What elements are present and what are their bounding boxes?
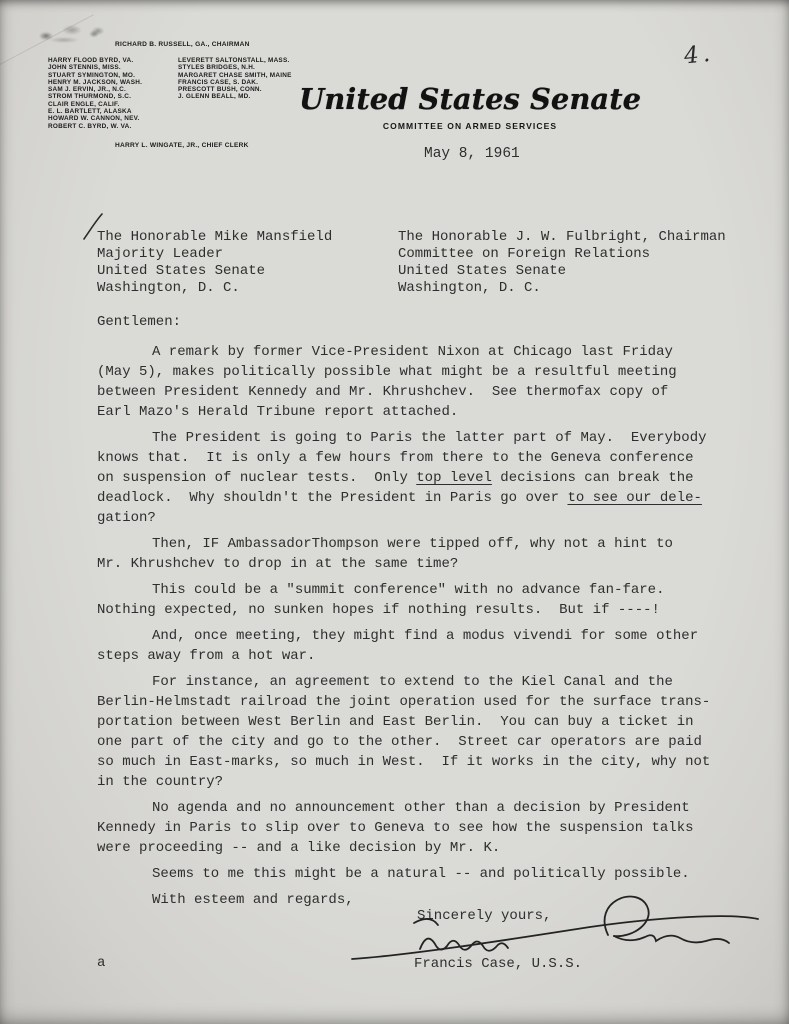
list-item: STROM THURMOND, S.C. [48, 93, 142, 100]
scan-stain [24, 20, 114, 48]
organization-title: United States Senate [299, 82, 641, 116]
paragraph: No agenda and no announcement other than… [97, 798, 745, 858]
list-item: LEVERETT SALTONSTALL, MASS. [178, 57, 292, 64]
list-item: Committee on Foreign Relations [398, 246, 726, 263]
list-item: SAM J. ERVIN, JR., N.C. [48, 86, 142, 93]
letterhead-chief-clerk: HARRY L. WINGATE, JR., CHIEF CLERK [115, 142, 249, 149]
paragraph: For instance, an agreement to extend to … [97, 672, 745, 792]
paragraph: A remark by former Vice-President Nixon … [97, 342, 745, 422]
letter-date: May 8, 1961 [424, 146, 520, 162]
list-item: CLAIR ENGLE, CALIF. [48, 101, 142, 108]
letterhead-members-left: HARRY FLOOD BYRD, VA.JOHN STENNIS, MISS.… [48, 57, 142, 130]
paragraph: And, once meeting, they might find a mod… [97, 626, 745, 666]
salutation: Gentlemen: [97, 314, 181, 330]
recipient-block-fulbright: The Honorable J. W. Fulbright, ChairmanC… [398, 229, 726, 297]
list-item: FRANCIS CASE, S. DAK. [178, 79, 292, 86]
list-item: MARGARET CHASE SMITH, MAINE [178, 72, 292, 79]
paragraph: Seems to me this might be a natural -- a… [97, 864, 745, 884]
list-item: Majority Leader [97, 246, 332, 263]
paragraph: This could be a "summit conference" with… [97, 580, 745, 620]
letter-page: 4. RICHARD B. RUSSELL, GA., CHAIRMAN HAR… [0, 0, 789, 1024]
paragraph: Then, IF AmbassadorThompson were tipped … [97, 534, 745, 574]
list-item: The Honorable J. W. Fulbright, Chairman [398, 229, 726, 246]
list-item: J. GLENN BEALL, MD. [178, 93, 292, 100]
letterhead-chairman: RICHARD B. RUSSELL, GA., CHAIRMAN [115, 41, 250, 48]
recipient-block-mansfield: The Honorable Mike MansfieldMajority Lea… [97, 229, 332, 297]
list-item: HARRY FLOOD BYRD, VA. [48, 57, 142, 64]
list-item: Washington, D. C. [398, 280, 726, 297]
list-item: United States Senate [97, 263, 332, 280]
paragraph: The President is going to Paris the latt… [97, 428, 745, 528]
list-item: Washington, D. C. [97, 280, 332, 297]
typed-signature-name: Francis Case, U.S.S. [414, 956, 582, 972]
list-item: HENRY M. JACKSON, WASH. [48, 79, 142, 86]
scan-stain [86, 22, 112, 40]
letter-body: A remark by former Vice-President Nixon … [97, 342, 745, 916]
typist-initial: a [97, 955, 105, 971]
list-item: PRESCOTT BUSH, CONN. [178, 86, 292, 93]
list-item: STUART SYMINGTON, MO. [48, 72, 142, 79]
list-item: HOWARD W. CANNON, NEV. [48, 115, 142, 122]
handwritten-page-number: 4. [683, 41, 716, 70]
list-item: STYLES BRIDGES, N.H. [178, 64, 292, 71]
committee-name: COMMITTEE ON ARMED SERVICES [383, 121, 557, 131]
list-item: ROBERT C. BYRD, W. VA. [48, 123, 142, 130]
list-item: E. L. BARTLETT, ALASKA [48, 108, 142, 115]
list-item: JOHN STENNIS, MISS. [48, 64, 142, 71]
letterhead-members-right: LEVERETT SALTONSTALL, MASS.STYLES BRIDGE… [178, 57, 292, 101]
list-item: The Honorable Mike Mansfield [97, 229, 332, 246]
list-item: United States Senate [398, 263, 726, 280]
